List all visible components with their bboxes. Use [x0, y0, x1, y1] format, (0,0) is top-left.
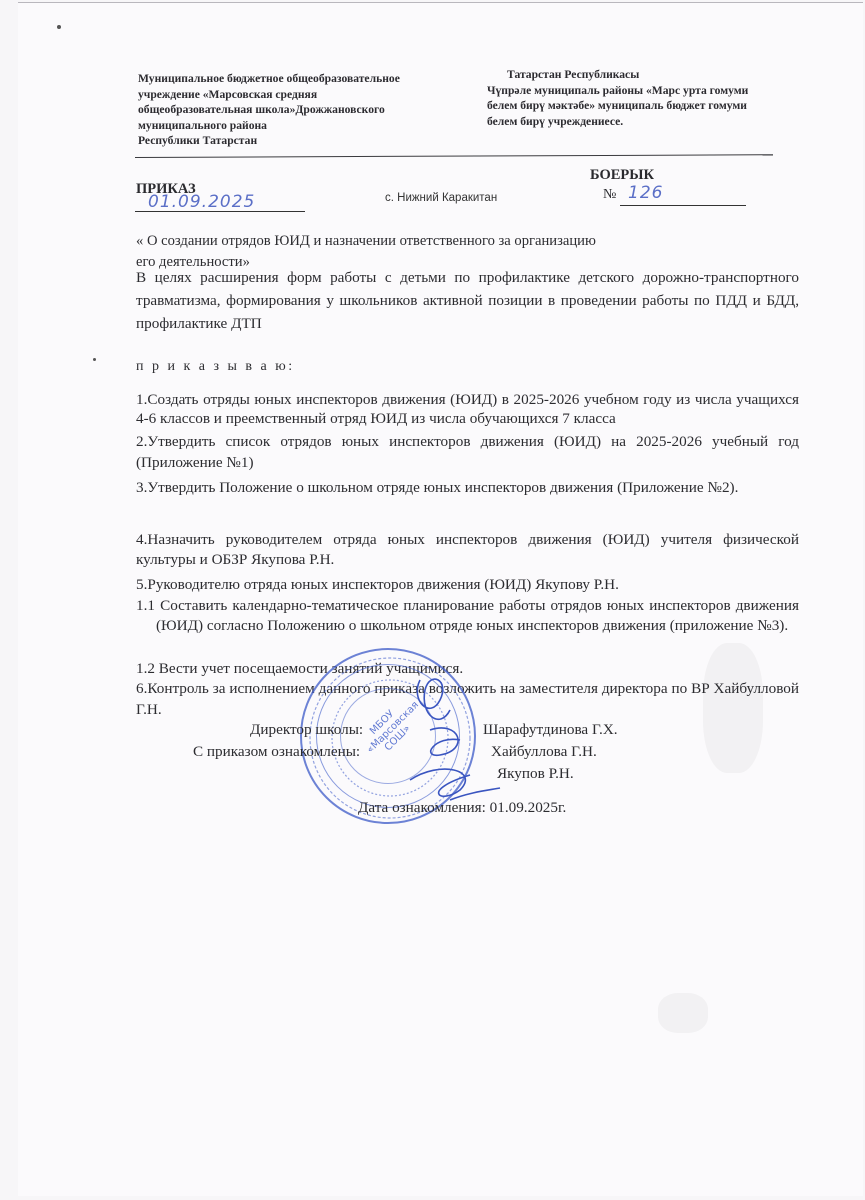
- village-name: с. Нижний Каракитан: [385, 192, 497, 204]
- header-line: Чүпрәле муниципаль районы «Марс урта гом…: [487, 83, 797, 99]
- order-item-2: 2.Утвердить список отрядов юных инспекто…: [136, 431, 799, 473]
- order-item-5: 5.Руководителю отряда юных инспекторов д…: [136, 574, 799, 596]
- order-item-3: 3.Утвердить Положение о школьном отряде …: [136, 476, 799, 500]
- header-line: Муниципальное бюджетное общеобразователь…: [138, 71, 468, 87]
- order-item-4: 4.Назначить руководителем отряда юных ин…: [136, 530, 799, 570]
- signatory-name-leader: Якупов Р.Н.: [497, 765, 574, 783]
- header-right-tt: Татарстан Республикасы Чүпрәле муниципал…: [487, 67, 797, 129]
- order-date-handwritten: 01.09.2025: [148, 192, 255, 212]
- header-line: учреждение «Марсовская средняя: [138, 87, 468, 103]
- acquainted-label: С приказом ознакомлены:: [193, 743, 360, 761]
- signatory-name-director: Шарафутдинова Г.Х.: [483, 721, 618, 739]
- number-label: №: [603, 187, 616, 203]
- paper-smudge: [658, 993, 708, 1033]
- header-left-ru: Муниципальное бюджетное общеобразователь…: [138, 71, 468, 149]
- preamble: В целях расширения форм работы с детьми …: [136, 266, 799, 335]
- header-line: белем бирү учреждениесе.: [487, 114, 797, 130]
- director-label: Директор школы:: [250, 721, 363, 739]
- header-line: Республики Татарстан: [138, 133, 468, 149]
- order-subject: « О создании отрядов ЮИД и назначении от…: [136, 231, 799, 271]
- order-item-1: 1.Создать отряды юных инспекторов движен…: [136, 390, 799, 428]
- orders-word: п р и к а з ы в а ю:: [136, 356, 799, 378]
- scan-speck: [57, 25, 61, 29]
- header-line: Татарстан Республикасы: [487, 67, 797, 83]
- subject-line: « О создании отрядов ЮИД и назначении от…: [136, 231, 799, 253]
- header-line: белем бирү мәктәбе» муниципаль бюджет го…: [487, 98, 797, 114]
- acquaint-date: Дата ознакомления: 01.09.2025г.: [358, 799, 566, 817]
- subitem-text: 1.1 Составить календарно-тематическое пл…: [136, 596, 799, 636]
- number-underline: [620, 205, 746, 206]
- signatory-name-deputy: Хайбуллова Г.Н.: [491, 743, 597, 761]
- order-subitem-1-1: 1.1 Составить календарно-тематическое пл…: [136, 596, 799, 636]
- order-number-handwritten: 126: [628, 183, 663, 203]
- header-line: муниципального района: [138, 118, 468, 134]
- date-underline: [135, 211, 305, 212]
- order-title-tt: БОЕРЫК: [590, 167, 654, 184]
- header-line: общеобразовательная школа»Дрожжановского: [138, 102, 468, 118]
- scan-speck: [93, 358, 96, 361]
